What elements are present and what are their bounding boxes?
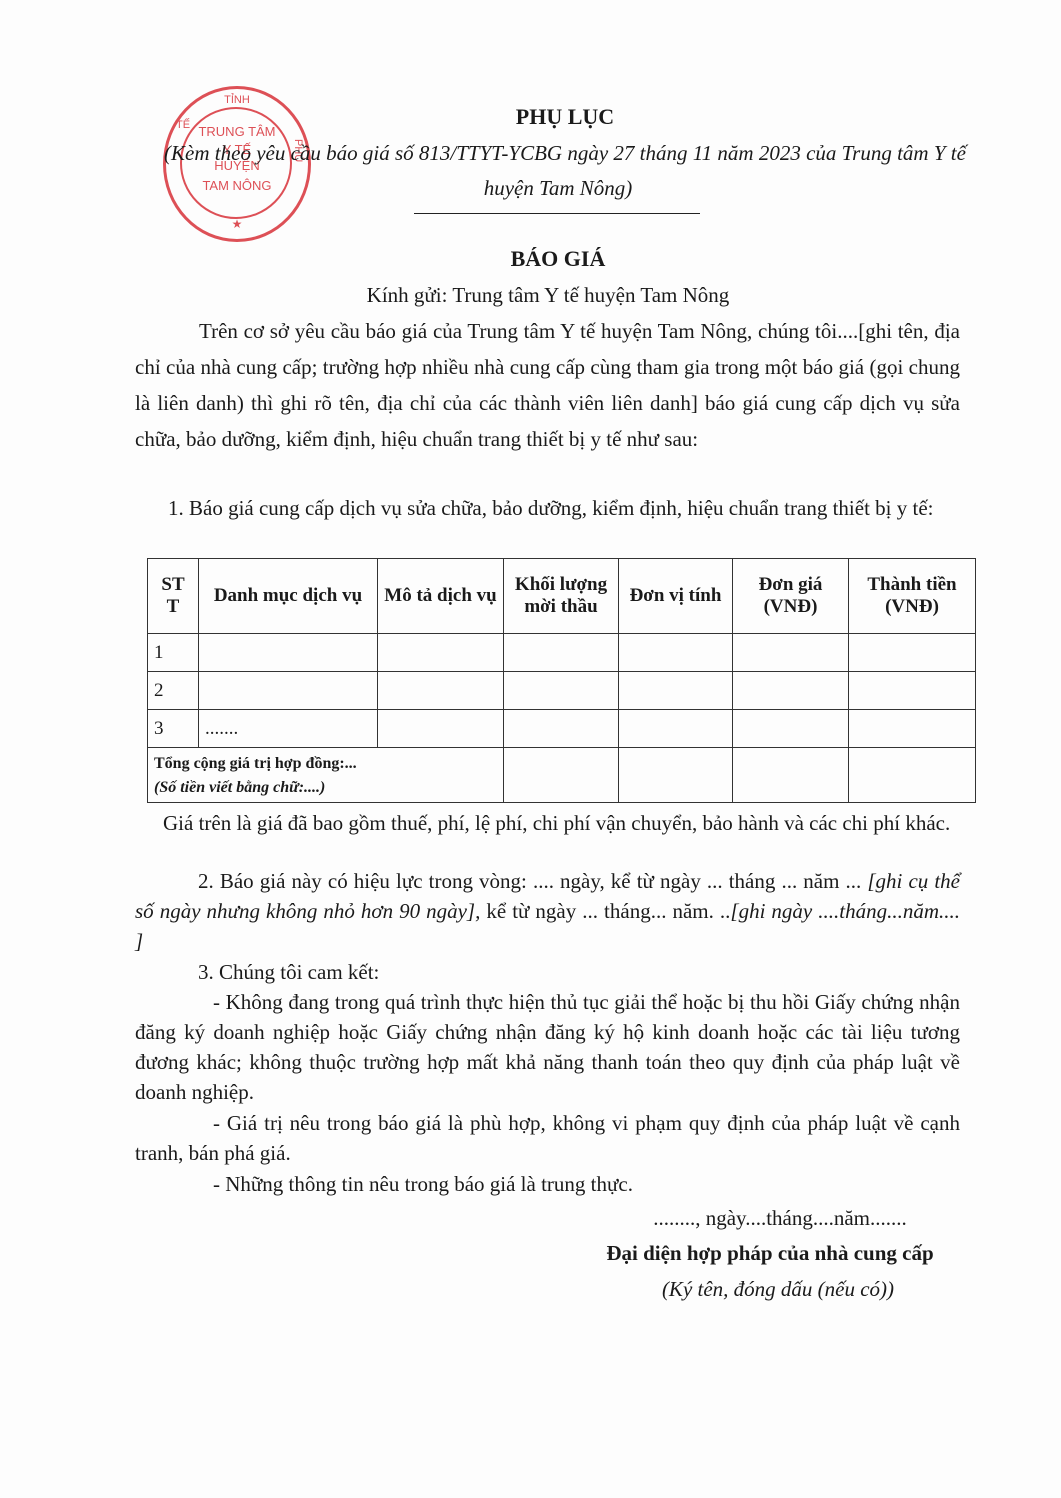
item-3: 3. Chúng tôi cam kết: <box>135 957 960 987</box>
item-2: 2. Báo giá này có hiệu lực trong vòng: .… <box>135 866 960 956</box>
table-row: 1 <box>148 634 976 672</box>
cell[interactable] <box>733 672 849 710</box>
cell[interactable] <box>849 634 976 672</box>
col-service: Danh mục dịch vụ <box>199 559 378 634</box>
cell[interactable] <box>378 672 504 710</box>
cell[interactable] <box>378 634 504 672</box>
cell[interactable] <box>619 748 733 803</box>
cell[interactable]: ....... <box>199 710 378 748</box>
table-row: 3....... <box>148 710 976 748</box>
item-1: 1. Báo giá cung cấp dịch vụ sửa chữa, bả… <box>168 490 990 526</box>
table-row: 2 <box>148 672 976 710</box>
col-quantity: Khối lượng mời thầu <box>504 559 619 634</box>
cell[interactable] <box>504 672 619 710</box>
col-stt: ST T <box>148 559 199 634</box>
quote-title: BÁO GIÁ <box>0 246 1061 272</box>
divider <box>414 213 700 214</box>
total-words: (Số tiền viết bằng chữ:....) <box>154 776 497 800</box>
signature-title: Đại diện hợp pháp của nhà cung cấp <box>570 1241 970 1266</box>
cell[interactable] <box>619 710 733 748</box>
intro-paragraph: Trên cơ sở yêu cầu báo giá của Trung tâm… <box>135 313 960 457</box>
recipient: Kính gửi: Trung tâm Y tế huyện Tam Nông <box>0 283 1061 308</box>
total-label: Tổng cộng giá trị hợp đồng:... <box>154 752 497 776</box>
cell: 3 <box>148 710 199 748</box>
cell[interactable] <box>378 710 504 748</box>
cell[interactable] <box>849 710 976 748</box>
commitment-1: - Không đang trong quá trình thực hiện t… <box>135 987 960 1107</box>
total-cell: Tổng cộng giá trị hợp đồng:... (Số tiền … <box>148 748 504 803</box>
item-2-mid: kể từ ngày ... tháng... năm. .. <box>480 899 730 923</box>
table-header-row: ST T Danh mục dịch vụ Mô tả dịch vụ Khối… <box>148 559 976 634</box>
quote-table: ST T Danh mục dịch vụ Mô tả dịch vụ Khối… <box>147 558 976 803</box>
table-total-row: Tổng cộng giá trị hợp đồng:... (Số tiền … <box>148 748 976 803</box>
star-icon: ★ <box>166 217 308 231</box>
col-unit: Đơn vị tính <box>619 559 733 634</box>
item-2-prefix: 2. Báo giá này có hiệu lực trong vòng: .… <box>198 869 867 893</box>
signature-note: (Ký tên, đóng dấu (nếu có)) <box>578 1277 978 1302</box>
appendix-title: PHỤ LỤC <box>0 104 1061 130</box>
col-unit-price: Đơn giá (VNĐ) <box>733 559 849 634</box>
cell[interactable] <box>849 672 976 710</box>
cell[interactable] <box>199 672 378 710</box>
cell: 2 <box>148 672 199 710</box>
signature-date: ........, ngày....tháng....năm....... <box>580 1206 980 1231</box>
cell: 1 <box>148 634 199 672</box>
cell[interactable] <box>199 634 378 672</box>
commitment-3: - Những thông tin nêu trong báo giá là t… <box>135 1169 960 1199</box>
appendix-subtitle-1: (Kèm theo yêu cầu báo giá số 813/TTYT-YC… <box>120 141 1010 166</box>
cell[interactable] <box>619 634 733 672</box>
col-description: Mô tả dịch vụ <box>378 559 504 634</box>
cell[interactable] <box>733 634 849 672</box>
cell[interactable] <box>504 634 619 672</box>
cell[interactable] <box>619 672 733 710</box>
cell[interactable] <box>733 710 849 748</box>
price-note: Giá trên là giá đã bao gồm thuế, phí, lệ… <box>163 805 987 841</box>
cell[interactable] <box>504 710 619 748</box>
cell[interactable] <box>733 748 849 803</box>
appendix-subtitle-2: huyện Tam Nông) <box>0 176 1061 201</box>
cell[interactable] <box>849 748 976 803</box>
commitment-2: - Giá trị nêu trong báo giá là phù hợp, … <box>135 1108 960 1168</box>
col-total: Thành tiền (VNĐ) <box>849 559 976 634</box>
cell[interactable] <box>504 748 619 803</box>
